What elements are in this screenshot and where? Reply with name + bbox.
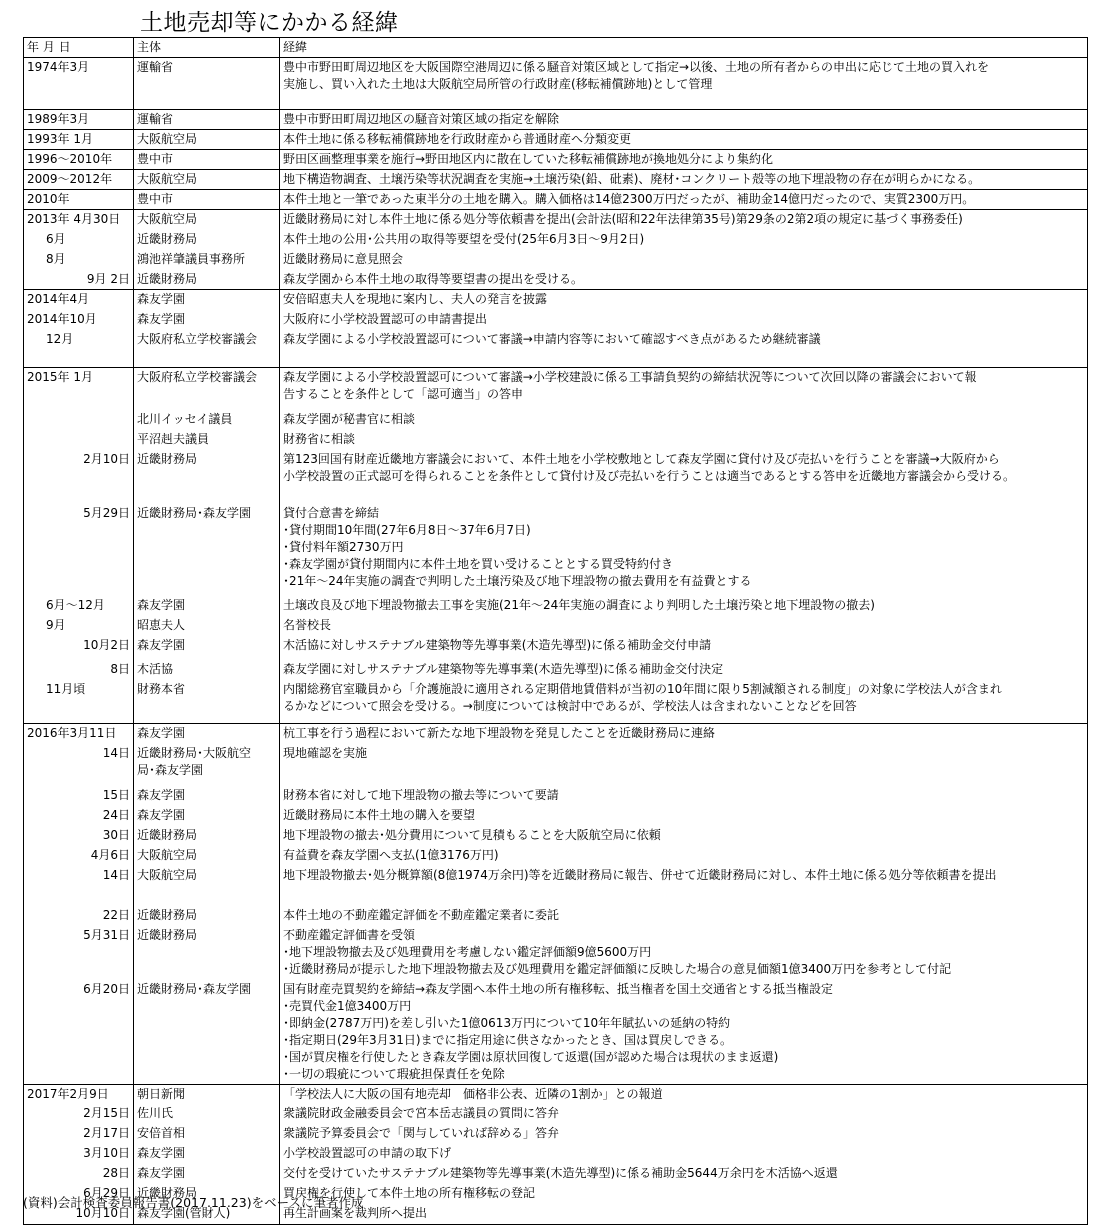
- table-row: 2010年豊中市本件土地と一筆であった東半分の土地を購入。購入価格は14億230…: [24, 190, 1088, 210]
- row-actor: 大阪航空局: [134, 210, 280, 230]
- header-actor: 主体: [134, 38, 280, 58]
- table-row: 2月10日近畿財務局第123回国有財産近畿地方審議会において、本件土地を小学校敷…: [24, 450, 1088, 504]
- row-date: [24, 410, 134, 430]
- row-description: 本件土地と一筆であった東半分の土地を購入。購入価格は14億2300万円だったが、…: [280, 190, 1088, 210]
- row-actor: 運輸省: [134, 110, 280, 130]
- row-actor: 近畿財務局: [134, 826, 280, 846]
- row-actor: 平沼赳夫議員: [134, 430, 280, 450]
- row-description: 貸付合意書を締結 ･貸付期間10年間(27年6月8日～37年6月7日) ･貸付料…: [280, 504, 1088, 596]
- row-date: 2009～2012年: [24, 170, 134, 190]
- row-description: 豊中市野田町周辺地区を大阪国際空港周辺に係る騒音対策区域として指定→以後、土地の…: [280, 58, 1088, 110]
- row-actor: 安倍首相: [134, 1124, 280, 1144]
- row-description: 杭工事を行う過程において新たな地下埋設物を発見したことを近畿財務局に連絡: [280, 724, 1088, 744]
- table-row: 14日近畿財務局･大阪航空 局･森友学園現地確認を実施: [24, 744, 1088, 786]
- row-date: 2013年 4月30日: [24, 210, 134, 230]
- row-description: 交付を受けていたサステナブル建築物等先導事業(木造先導型)に係る補助金5644万…: [280, 1164, 1088, 1184]
- row-actor: 大阪府私立学校審議会: [134, 368, 280, 410]
- table-row: 2016年3月11日森友学園杭工事を行う過程において新たな地下埋設物を発見したこ…: [24, 724, 1088, 744]
- table-row: 6月20日近畿財務局･森友学園国有財産売買契約を締結→森友学園へ本件土地の所有権…: [24, 980, 1088, 1085]
- table-row: 10月2日森友学園木活協に対しサステナブル建築物等先導事業(木造先導型)に係る補…: [24, 636, 1088, 660]
- row-description: 買戻権を行使して本件土地の所有権移転の登記: [280, 1184, 1088, 1204]
- row-actor: 森友学園: [134, 724, 280, 744]
- row-description: 安倍昭恵夫人を現地に案内し、夫人の発言を披露: [280, 290, 1088, 310]
- table-header-row: 年 月 日 主体 経緯: [24, 38, 1088, 58]
- table-row: 1996～2010年豊中市野田区画整理事業を施行→野田地区内に散在していた移転補…: [24, 150, 1088, 170]
- row-actor: 豊中市: [134, 150, 280, 170]
- row-actor: 昭恵夫人: [134, 616, 280, 636]
- row-date: 24日: [24, 806, 134, 826]
- row-date: 12月: [24, 330, 134, 368]
- table-row: 11月頃財務本省内閣総務官室職員から「介護施設に適用される定期借地賃借料が当初の…: [24, 680, 1088, 724]
- row-date: 9月 2日: [24, 270, 134, 290]
- row-date: 2月17日: [24, 1124, 134, 1144]
- row-description: 「学校法人に大阪の国有地売却 価格非公表、近隣の1割か」との報道: [280, 1084, 1088, 1104]
- row-description: 国有財産売買契約を締結→森友学園へ本件土地の所有権移転、抵当権者を国土交通省とす…: [280, 980, 1088, 1085]
- row-actor: 近畿財務局･大阪航空 局･森友学園: [134, 744, 280, 786]
- row-description: 本件土地の不動産鑑定評価を不動産鑑定業者に委託: [280, 906, 1088, 926]
- row-actor: 大阪航空局: [134, 846, 280, 866]
- row-date: 14日: [24, 744, 134, 786]
- row-date: 2016年3月11日: [24, 724, 134, 744]
- row-actor: 森友学園: [134, 1164, 280, 1184]
- row-actor: 森友学園: [134, 596, 280, 616]
- table-row: 22日近畿財務局本件土地の不動産鑑定評価を不動産鑑定業者に委託: [24, 906, 1088, 926]
- row-description: 内閣総務官室職員から「介護施設に適用される定期借地賃借料が当初の10年間に限り5…: [280, 680, 1088, 724]
- row-description: 地下構造物調査、土壌汚染等状況調査を実施→土壌汚染(鉛、砒素)、廃材･コンクリー…: [280, 170, 1088, 190]
- table-body: 1974年3月運輸省豊中市野田町周辺地区を大阪国際空港周辺に係る騒音対策区域とし…: [24, 58, 1088, 1225]
- row-description: 森友学園による小学校設置認可について審議→申請内容等において確認すべき点があるた…: [280, 330, 1088, 368]
- row-description: 衆議院予算委員会で「関与していれば辞める」答弁: [280, 1124, 1088, 1144]
- row-date: 2014年10月: [24, 310, 134, 330]
- row-description: 財務省に相談: [280, 430, 1088, 450]
- row-description: 小学校設置認可の申請の取下げ: [280, 1144, 1088, 1164]
- row-actor: 佐川氏: [134, 1104, 280, 1124]
- row-actor: 朝日新聞: [134, 1084, 280, 1104]
- row-date: 2017年2月9日: [24, 1084, 134, 1104]
- table-row: 2013年 4月30日大阪航空局近畿財務局に対し本件土地に係る処分等依頼書を提出…: [24, 210, 1088, 230]
- row-date: 5月31日: [24, 926, 134, 980]
- row-actor: 鴻池祥肇議員事務所: [134, 250, 280, 270]
- row-date: 2014年4月: [24, 290, 134, 310]
- row-description: 土壌改良及び地下埋設物撤去工事を実施(21年～24年実施の調査により判明した土壌…: [280, 596, 1088, 616]
- table-row: 9月 2日近畿財務局森友学園から本件土地の取得等要望書の提出を受ける。: [24, 270, 1088, 290]
- table-row: 28日森友学園交付を受けていたサステナブル建築物等先導事業(木造先導型)に係る補…: [24, 1164, 1088, 1184]
- row-actor: 近畿財務局･森友学園: [134, 980, 280, 1085]
- table-row: 2月17日安倍首相衆議院予算委員会で「関与していれば辞める」答弁: [24, 1124, 1088, 1144]
- row-description: 再生計画案を裁判所へ提出: [280, 1204, 1088, 1224]
- row-date: 14日: [24, 866, 134, 906]
- table-row: 1974年3月運輸省豊中市野田町周辺地区を大阪国際空港周辺に係る騒音対策区域とし…: [24, 58, 1088, 110]
- table-row: 2017年2月9日朝日新聞「学校法人に大阪の国有地売却 価格非公表、近隣の1割か…: [24, 1084, 1088, 1104]
- row-actor: 大阪航空局: [134, 866, 280, 906]
- row-actor: 森友学園: [134, 290, 280, 310]
- header-date: 年 月 日: [24, 38, 134, 58]
- row-date: 28日: [24, 1164, 134, 1184]
- header-description: 経緯: [280, 38, 1088, 58]
- table-row: 8日木活協森友学園に対しサステナブル建築物等先導事業(木造先導型)に係る補助金交…: [24, 660, 1088, 680]
- table-row: 北川イッセイ議員森友学園が秘書官に相談: [24, 410, 1088, 430]
- row-description: 本件土地に係る移転補償跡地を行政財産から普通財産へ分類変更: [280, 130, 1088, 150]
- row-actor: 近畿財務局: [134, 906, 280, 926]
- row-date: 2月10日: [24, 450, 134, 504]
- row-date: 10月2日: [24, 636, 134, 660]
- table-row: 2009～2012年大阪航空局地下構造物調査、土壌汚染等状況調査を実施→土壌汚染…: [24, 170, 1088, 190]
- row-date: 5月29日: [24, 504, 134, 596]
- page-title: 土地売却等にかかる経緯: [140, 4, 399, 37]
- table-row: 2月15日佐川氏衆議院財政金融委員会で宮本岳志議員の質問に答弁: [24, 1104, 1088, 1124]
- row-date: 3月10日: [24, 1144, 134, 1164]
- table-row: 2014年10月森友学園大阪府に小学校設置認可の申請書提出: [24, 310, 1088, 330]
- table-row: 4月6日大阪航空局有益費を森友学園へ支払(1億3176万円): [24, 846, 1088, 866]
- row-date: 6月20日: [24, 980, 134, 1085]
- row-actor: 近畿財務局･森友学園: [134, 504, 280, 596]
- row-actor: 北川イッセイ議員: [134, 410, 280, 430]
- row-date: 1996～2010年: [24, 150, 134, 170]
- row-description: 第123回国有財産近畿地方審議会において、本件土地を小学校敷地として森友学園に貸…: [280, 450, 1088, 504]
- row-actor: 森友学園: [134, 636, 280, 660]
- row-date: 30日: [24, 826, 134, 846]
- row-description: 豊中市野田町周辺地区の騒音対策区域の指定を解除: [280, 110, 1088, 130]
- table-row: 2015年 1月大阪府私立学校審議会森友学園による小学校設置認可について審議→小…: [24, 368, 1088, 410]
- table-row: 2014年4月森友学園安倍昭恵夫人を現地に案内し、夫人の発言を披露: [24, 290, 1088, 310]
- row-date: 2月15日: [24, 1104, 134, 1124]
- row-description: 本件土地の公用･公共用の取得等要望を受付(25年6月3日～9月2日): [280, 230, 1088, 250]
- row-description: 近畿財務局に意見照会: [280, 250, 1088, 270]
- row-description: 衆議院財政金融委員会で宮本岳志議員の質問に答弁: [280, 1104, 1088, 1124]
- table-row: 平沼赳夫議員財務省に相談: [24, 430, 1088, 450]
- row-date: 8日: [24, 660, 134, 680]
- row-description: 有益費を森友学園へ支払(1億3176万円): [280, 846, 1088, 866]
- timeline-table: 年 月 日 主体 経緯 1974年3月運輸省豊中市野田町周辺地区を大阪国際空港周…: [23, 37, 1088, 1225]
- row-actor: 森友学園: [134, 310, 280, 330]
- row-date: 4月6日: [24, 846, 134, 866]
- row-description: 近畿財務局に本件土地の購入を要望: [280, 806, 1088, 826]
- row-actor: 大阪航空局: [134, 170, 280, 190]
- table-row: 1989年3月運輸省豊中市野田町周辺地区の騒音対策区域の指定を解除: [24, 110, 1088, 130]
- table-row: 9月昭恵夫人名誉校長: [24, 616, 1088, 636]
- row-date: [24, 430, 134, 450]
- row-description: 野田区画整理事業を施行→野田地区内に散在していた移転補償跡地が換地処分により集約…: [280, 150, 1088, 170]
- table-row: 6月近畿財務局本件土地の公用･公共用の取得等要望を受付(25年6月3日～9月2日…: [24, 230, 1088, 250]
- row-date: 8月: [24, 250, 134, 270]
- row-actor: 森友学園: [134, 786, 280, 806]
- row-actor: 森友学園: [134, 806, 280, 826]
- row-actor: 豊中市: [134, 190, 280, 210]
- table-row: 15日森友学園財務本省に対して地下埋設物の撤去等について要請: [24, 786, 1088, 806]
- table-row: 14日大阪航空局地下埋設物撤去･処分概算額(8億1974万余円)等を近畿財務局に…: [24, 866, 1088, 906]
- row-description: 木活協に対しサステナブル建築物等先導事業(木造先導型)に係る補助金交付申請: [280, 636, 1088, 660]
- row-description: 現地確認を実施: [280, 744, 1088, 786]
- row-actor: 木活協: [134, 660, 280, 680]
- row-date: 1989年3月: [24, 110, 134, 130]
- row-actor: 大阪航空局: [134, 130, 280, 150]
- row-actor: 大阪府私立学校審議会: [134, 330, 280, 368]
- source-note: (資料)会計検査委員報告書(2017.11.23)をベースに筆者作成: [23, 1193, 363, 1211]
- row-actor: 近畿財務局: [134, 230, 280, 250]
- table-row: 1993年 1月大阪航空局本件土地に係る移転補償跡地を行政財産から普通財産へ分類…: [24, 130, 1088, 150]
- row-date: 2010年: [24, 190, 134, 210]
- row-date: 1974年3月: [24, 58, 134, 110]
- table-row: 8月鴻池祥肇議員事務所近畿財務局に意見照会: [24, 250, 1088, 270]
- table-row: 24日森友学園近畿財務局に本件土地の購入を要望: [24, 806, 1088, 826]
- row-date: 15日: [24, 786, 134, 806]
- table-row: 30日近畿財務局地下埋設物の撤去･処分費用について見積もることを大阪航空局に依頼: [24, 826, 1088, 846]
- row-description: 地下埋設物の撤去･処分費用について見積もることを大阪航空局に依頼: [280, 826, 1088, 846]
- row-date: 6月～12月: [24, 596, 134, 616]
- row-date: 2015年 1月: [24, 368, 134, 410]
- table-row: 3月10日森友学園小学校設置認可の申請の取下げ: [24, 1144, 1088, 1164]
- table-row: 5月29日近畿財務局･森友学園貸付合意書を締結 ･貸付期間10年間(27年6月8…: [24, 504, 1088, 596]
- row-description: 大阪府に小学校設置認可の申請書提出: [280, 310, 1088, 330]
- row-description: 名誉校長: [280, 616, 1088, 636]
- row-description: 森友学園が秘書官に相談: [280, 410, 1088, 430]
- row-description: 近畿財務局に対し本件土地に係る処分等依頼書を提出(会計法(昭和22年法律第35号…: [280, 210, 1088, 230]
- table-row: 5月31日近畿財務局不動産鑑定評価書を受領 ･地下埋設物撤去及び処理費用を考慮し…: [24, 926, 1088, 980]
- row-date: 22日: [24, 906, 134, 926]
- row-actor: 森友学園: [134, 1144, 280, 1164]
- row-date: 11月頃: [24, 680, 134, 724]
- row-description: 地下埋設物撤去･処分概算額(8億1974万余円)等を近畿財務局に報告、併せて近畿…: [280, 866, 1088, 906]
- row-actor: 運輸省: [134, 58, 280, 110]
- row-description: 森友学園による小学校設置認可について審議→小学校建設に係る工事請負契約の締結状況…: [280, 368, 1088, 410]
- row-description: 不動産鑑定評価書を受領 ･地下埋設物撤去及び処理費用を考慮しない鑑定評価額9億5…: [280, 926, 1088, 980]
- row-date: 1993年 1月: [24, 130, 134, 150]
- row-actor: 近畿財務局: [134, 450, 280, 504]
- row-date: 6月: [24, 230, 134, 250]
- table-row: 12月大阪府私立学校審議会森友学園による小学校設置認可について審議→申請内容等に…: [24, 330, 1088, 368]
- row-actor: 近畿財務局: [134, 270, 280, 290]
- row-description: 森友学園から本件土地の取得等要望書の提出を受ける。: [280, 270, 1088, 290]
- row-description: 森友学園に対しサステナブル建築物等先導事業(木造先導型)に係る補助金交付決定: [280, 660, 1088, 680]
- row-actor: 近畿財務局: [134, 926, 280, 980]
- row-actor: 財務本省: [134, 680, 280, 724]
- table-row: 6月～12月森友学園土壌改良及び地下埋設物撤去工事を実施(21年～24年実施の調…: [24, 596, 1088, 616]
- row-date: 9月: [24, 616, 134, 636]
- row-description: 財務本省に対して地下埋設物の撤去等について要請: [280, 786, 1088, 806]
